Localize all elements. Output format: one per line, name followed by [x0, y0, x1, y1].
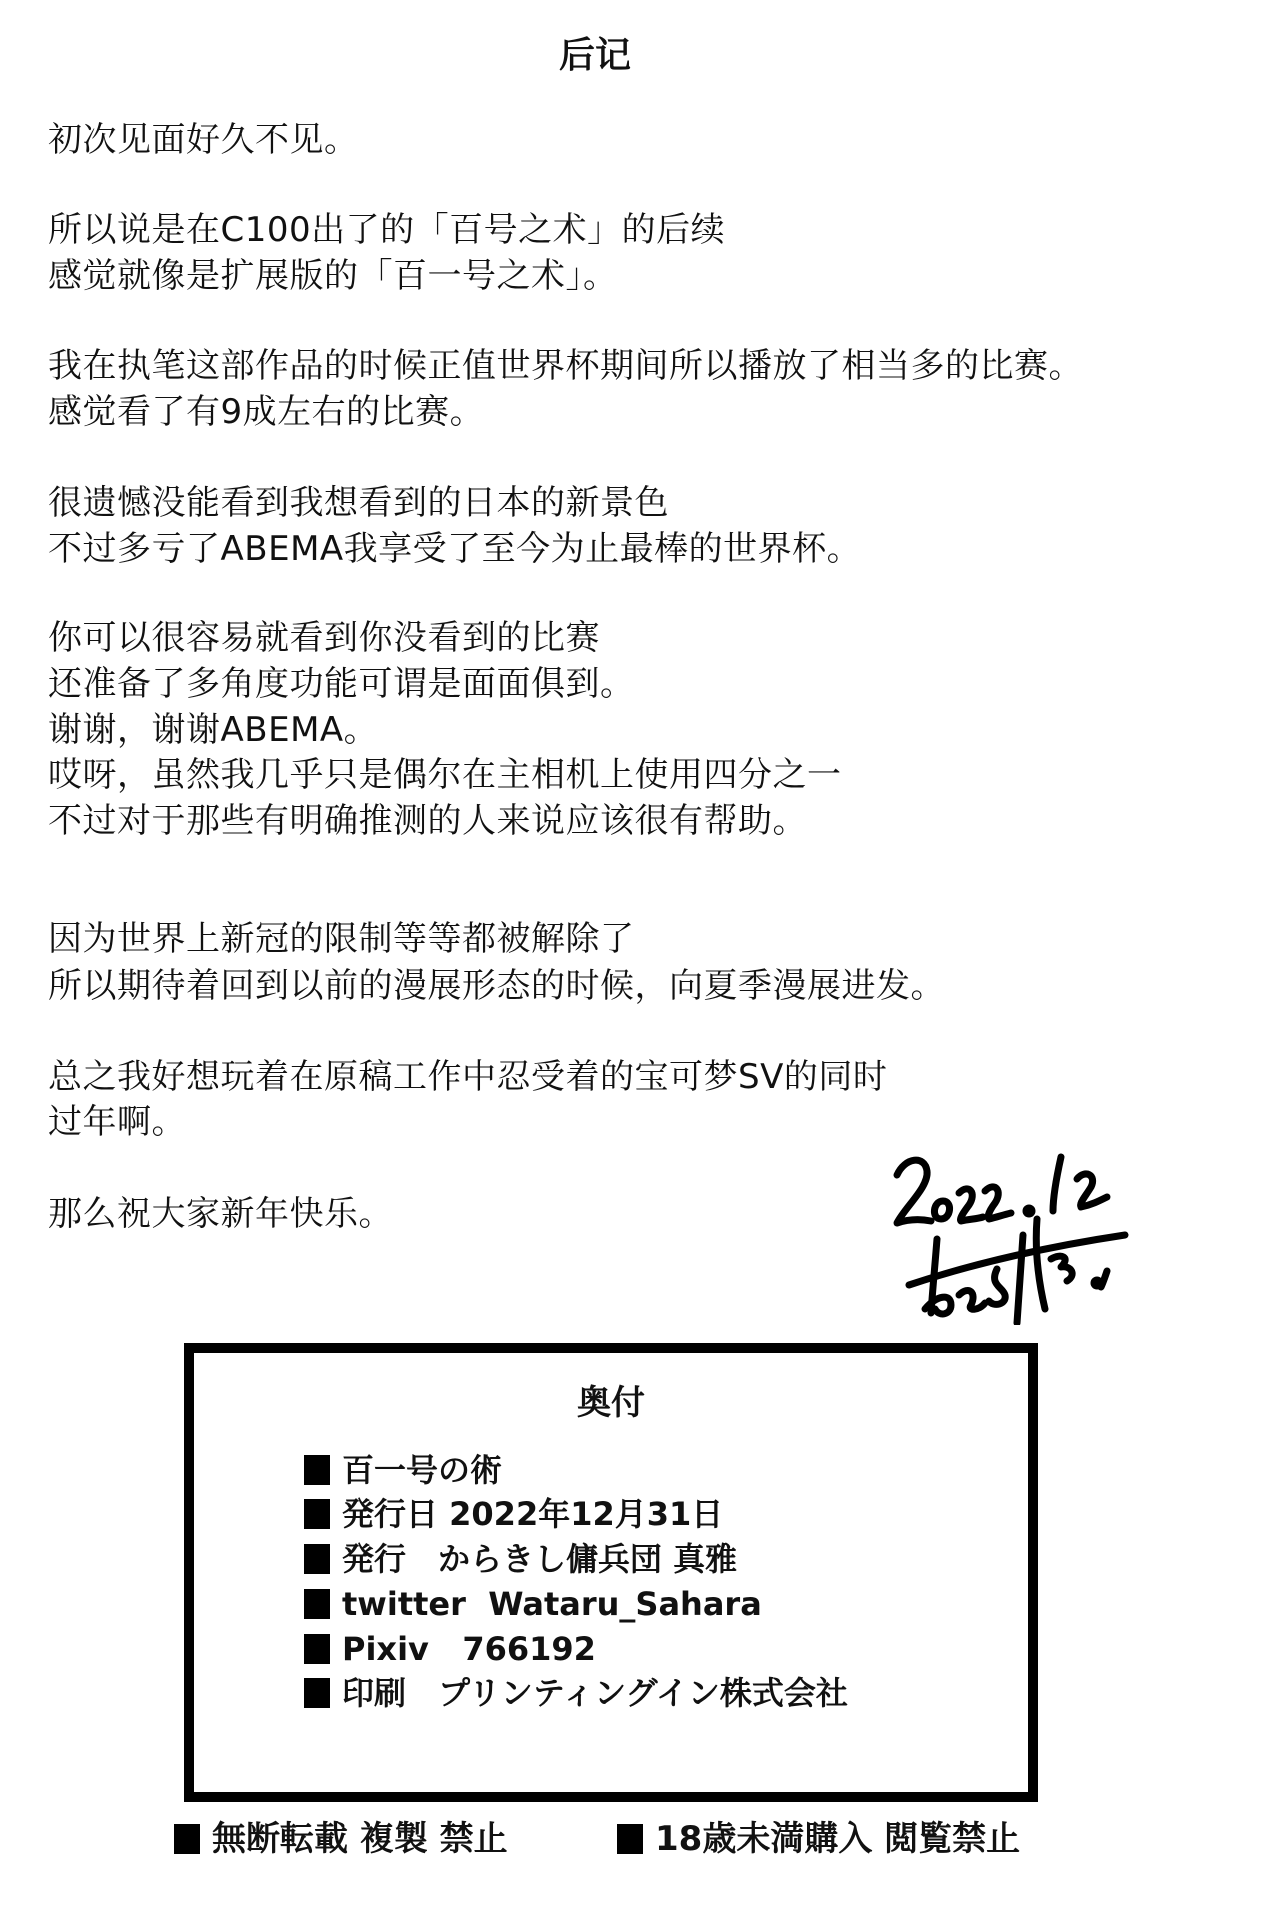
afterword-line: 你可以很容易就看到你没看到的比赛 [48, 616, 600, 660]
afterword-line: 那么祝大家新年快乐。 [48, 1192, 393, 1236]
afterword-line: 谢谢，谢谢ABEMA。 [48, 708, 378, 752]
colophon-entry-publisher: 発行 からきし傭兵団 真雅 [304, 1539, 737, 1579]
colophon-entry-text: 発行 からきし傭兵団 真雅 [342, 1540, 737, 1578]
afterword-line: 感觉就像是扩展版的「百一号之术」。 [48, 254, 618, 298]
square-bullet-icon [304, 1499, 330, 1529]
colophon-entry-title: 百一号の術 [304, 1450, 502, 1490]
afterword-line: 感觉看了有9成左右的比赛。 [48, 390, 484, 434]
colophon-entry-text: 印刷 プリンティングイン株式会社 [342, 1674, 848, 1712]
afterword-line: 不过对于那些有明确推测的人来说应该很有帮助。 [48, 799, 807, 843]
afterword-line: 总之我好想玩着在原稿工作中忍受着的宝可梦SV的同时 [48, 1055, 887, 1099]
afterword-line: 因为世界上新冠的限制等等都被解除了 [48, 917, 635, 961]
square-bullet-icon [304, 1678, 330, 1708]
colophon-entry-text: Pixiv 766192 [342, 1630, 596, 1668]
notice-no-reproduction: 無断転載 複製 禁止 [174, 1818, 508, 1860]
colophon-entry-publish-date: 発行日 2022年12月31日 [304, 1494, 723, 1534]
square-bullet-icon [617, 1824, 643, 1854]
square-bullet-icon [174, 1824, 200, 1854]
square-bullet-icon [304, 1634, 330, 1664]
colophon-entry-twitter: twitter Wataru_Sahara [304, 1584, 762, 1624]
afterword-line: 所以说是在C100出了的「百号之术」的后续 [48, 208, 725, 252]
square-bullet-icon [304, 1544, 330, 1574]
colophon-entry-text: 発行日 2022年12月31日 [342, 1495, 723, 1533]
afterword-line: 过年啊。 [48, 1100, 186, 1144]
afterword-line: 我在执笔这部作品的时候正值世界杯期间所以播放了相当多的比赛。 [48, 344, 1083, 388]
colophon-entry-text: twitter Wataru_Sahara [342, 1585, 762, 1623]
notice-age-restriction: 18歳未満購入 閲覧禁止 [617, 1818, 1020, 1860]
page-title: 后记 [0, 36, 1190, 76]
colophon-entry-text: 百一号の術 [342, 1451, 502, 1489]
afterword-line: 不过多亏了ABEMA我享受了至今为止最棒的世界杯。 [48, 527, 861, 571]
afterword-line: 初次见面好久不见。 [48, 118, 359, 162]
colophon-title: 奥付 [194, 1383, 1028, 1423]
afterword-line: 还准备了多角度功能可谓是面面俱到。 [48, 662, 635, 706]
notice-text: 無断転載 複製 禁止 [212, 1819, 508, 1859]
square-bullet-icon [304, 1455, 330, 1485]
square-bullet-icon [304, 1589, 330, 1619]
afterword-line: 所以期待着回到以前的漫展形态的时候，向夏季漫展进发。 [48, 964, 945, 1008]
colophon-entry-pixiv: Pixiv 766192 [304, 1629, 596, 1669]
colophon-box: 奥付 百一号の術 発行日 2022年12月31日 発行 からきし傭兵団 真雅 t… [184, 1343, 1038, 1802]
afterword-line: 很遗憾没能看到我想看到的日本的新景色 [48, 481, 669, 525]
notice-text: 18歳未満購入 閲覧禁止 [655, 1819, 1020, 1859]
afterword-line: 哎呀，虽然我几乎只是偶尔在主相机上使用四分之一 [48, 753, 842, 797]
colophon-entry-printer: 印刷 プリンティングイン株式会社 [304, 1673, 848, 1713]
handwritten-signature-icon [885, 1135, 1185, 1325]
